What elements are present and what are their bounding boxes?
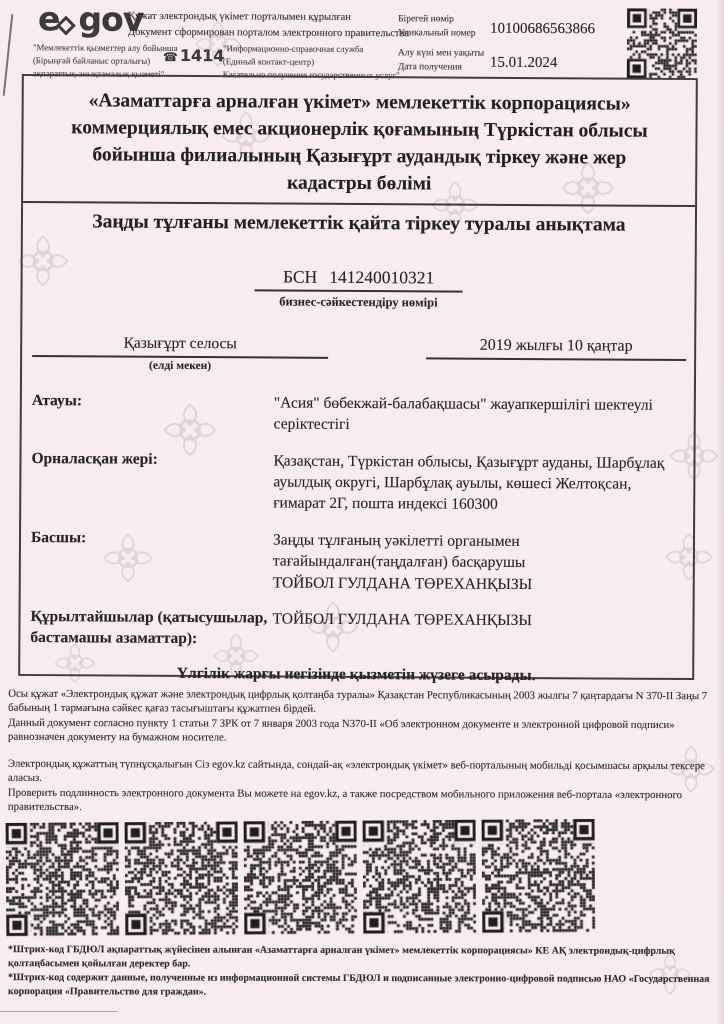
field-value: Заңды тұлғаның уәкілетті органымен тағай… bbox=[273, 529, 693, 596]
field-label: Орналасқан жері: bbox=[21, 449, 273, 515]
field-value: "Асия" бөбекжай-балабақшасы" жауапкершіл… bbox=[274, 392, 694, 437]
unique-number-label: Бірегей нөмір Уникальный номер bbox=[398, 13, 476, 41]
field-label: Басшы: bbox=[21, 528, 273, 594]
created-note: Құжат электрондық үкімет порталымен құры… bbox=[128, 9, 409, 43]
settlement-value: Қазығұрт селосы bbox=[32, 334, 328, 359]
qr-code bbox=[627, 8, 697, 78]
created-note-kk: Құжат электрондық үкімет порталымен құры… bbox=[128, 9, 409, 27]
place-and-date-row: Қазығұрт селосы (елді мекен) 2019 жылғы … bbox=[32, 334, 686, 375]
footnote-kk: *Штрих-код ГБДЮЛ ақпараттық жүйесінен ал… bbox=[8, 943, 712, 973]
legal-paragraph-2: Электрондық құжаттың түпнұсқалығын Сіз e… bbox=[8, 757, 714, 817]
field-value: ТОЙБОЛ ГУЛДАНА ТӨРЕХАНҚЫЗЫ bbox=[272, 608, 692, 652]
certificate-body: «Азаматтарға арналған үкімет» мемлекетті… bbox=[18, 74, 698, 680]
barcode-block bbox=[363, 820, 477, 935]
settlement-caption: (елді мекен) bbox=[32, 359, 328, 373]
barcode-block bbox=[244, 821, 358, 936]
field-row-founders: Құрылтайшылар (қатысушылар, бастамашы аз… bbox=[20, 607, 692, 653]
scan-bottom-artifact bbox=[0, 1011, 118, 1012]
legal-notes: Осы құжат «Электрондық құжат және электр… bbox=[8, 687, 714, 829]
barcode-block bbox=[125, 821, 239, 936]
org-title: «Азаматтарға арналған үкімет» мемлекетті… bbox=[49, 88, 670, 199]
fields-list: Атауы: "Асия" бөбекжай-балабақшасы" жауа… bbox=[20, 391, 694, 653]
receive-date-label: Алу күні мен уақыты Дата получения bbox=[398, 47, 484, 75]
field-row-head: Басшы: Заңды тұлғаның уәкілетті органыме… bbox=[21, 528, 693, 596]
field-value: Қазақстан, Түркістан облысы, Қазығұрт ау… bbox=[273, 450, 693, 517]
phone-number: 1414 bbox=[180, 46, 225, 65]
field-label: Атауы: bbox=[22, 391, 274, 435]
barcode-footnotes: *Штрих-код ГБДЮЛ ақпараттық жүйесінен ал… bbox=[8, 943, 712, 1001]
barcode-block bbox=[6, 822, 120, 937]
phone-icon: ☎ bbox=[163, 50, 178, 64]
scan-right-shadow bbox=[716, 0, 724, 1024]
bin-value: 141240010321 bbox=[329, 267, 434, 288]
doc-title: Заңды тұлғаны мемлекеттік қайта тіркеу т… bbox=[63, 209, 655, 239]
field-row-name: Атауы: "Асия" бөбекжай-балабақшасы" жауа… bbox=[22, 391, 694, 438]
barcode-block bbox=[482, 819, 596, 934]
title-divider bbox=[23, 201, 695, 207]
egov-logo-e: e bbox=[38, 0, 60, 38]
bin-block: БСН141240010321 bbox=[23, 265, 695, 294]
field-label: Құрылтайшылар (қатысушылар, бастамашы аз… bbox=[20, 607, 272, 650]
footnote-ru: *Штрих-код содержит данные, полученные и… bbox=[8, 971, 712, 1001]
unique-number-value: 10100686563866 bbox=[490, 21, 595, 39]
contact-phone: ☎1414 bbox=[163, 46, 225, 65]
registration-date: 2019 жылғы 10 қаңтар bbox=[426, 336, 686, 361]
bin-label: БСН bbox=[283, 266, 317, 286]
bin-caption: бизнес-сәйкестендіру нөмірі bbox=[22, 293, 694, 312]
document-header: egov Құжат электрондық үкімет порталымен… bbox=[0, 0, 724, 82]
receive-date-value: 15.01.2024 bbox=[490, 55, 558, 72]
settlement-block: Қазығұрт селосы (елді мекен) bbox=[32, 334, 328, 373]
signature-barcode-strip bbox=[6, 819, 596, 937]
field-row-location: Орналасқан жері: Қазақстан, Түркістан об… bbox=[21, 449, 693, 517]
legal-paragraph-1: Осы құжат «Электрондық құжат және электр… bbox=[8, 687, 714, 747]
created-note-ru: Документ сформирован порталом электронно… bbox=[128, 25, 409, 43]
